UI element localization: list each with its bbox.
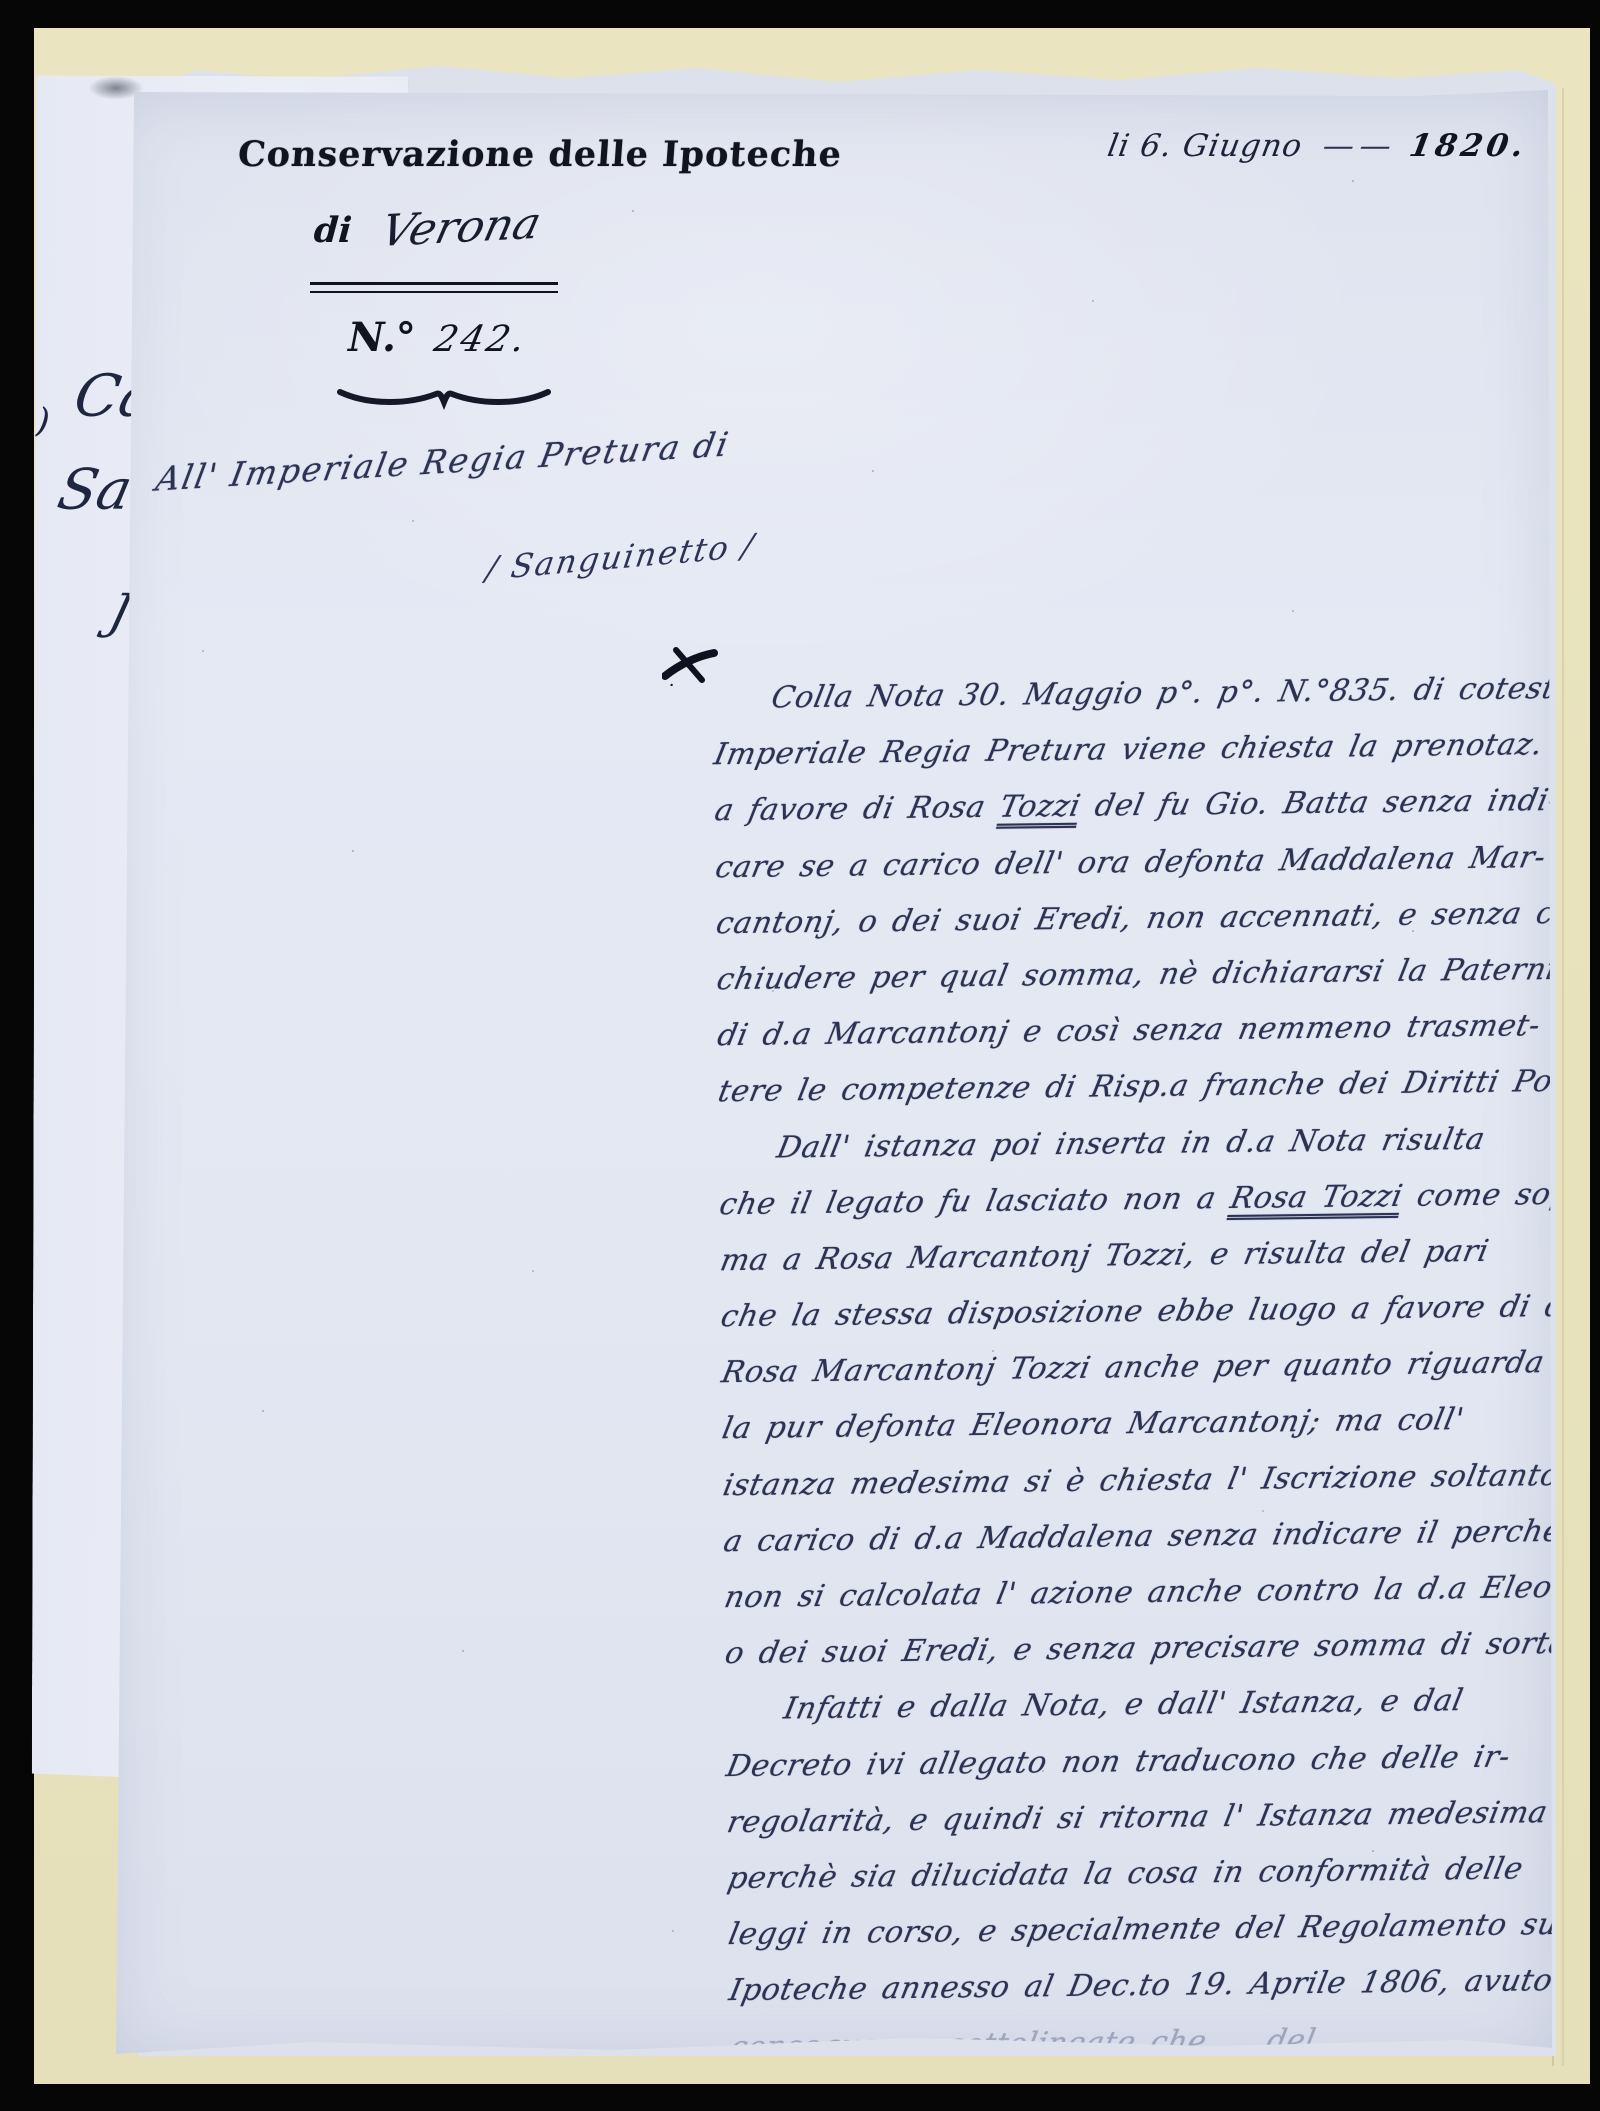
page-stack-edge (1562, 88, 1564, 2066)
body-line: tere le competenze di Risp.a franche dei… (713, 1054, 1584, 1121)
underlined-name: Rosa Tozzi (1227, 1178, 1405, 1215)
body-line: regolarità, e quindi si ritorna l' Istan… (722, 1784, 1593, 1851)
flourish-brace (336, 382, 552, 410)
date-year: 1820. (1407, 128, 1530, 164)
underlined-name: Tozzi (997, 789, 1084, 825)
body-line: Infatti e dalla Nota, e dall' Istanza, e… (720, 1672, 1591, 1739)
office-subheading-prefix: di (313, 210, 354, 251)
body-line: cantonj, o dei suoi Eredi, non accennati… (711, 885, 1582, 952)
body-line: Dall' istanza poi inserta in d.a Nota ri… (714, 1110, 1585, 1177)
body-text: Colla Nota 30. Maggio p°. p°. N.°835. di… (707, 661, 1584, 2076)
body-line: che il legato fu lasciato non a Rosa Toz… (714, 1166, 1585, 1233)
body-line: care se a carico dell' ora defonta Madda… (710, 829, 1581, 896)
date-prefix: li 6. Giugno (1105, 128, 1306, 164)
double-underline (310, 282, 558, 293)
office-heading: Conservazione delle Ipoteche (237, 134, 844, 175)
office-place: Verona (376, 198, 546, 257)
letter-page: Conservazione delle Ipoteche di Verona N… (112, 90, 1552, 2060)
body-line: Decreto ivi allegato non traducono che d… (721, 1728, 1592, 1795)
office-subheading: di Verona (314, 202, 539, 253)
protocol-number-label: N.° (348, 314, 416, 361)
recipient-address-line2: / Sanguinetto / (483, 526, 757, 588)
protocol-number-value: 242. (431, 319, 532, 360)
date-dashes: — — (1320, 128, 1392, 164)
handwriting-fragment: ) (32, 401, 52, 444)
body-line: a favore di Rosa Tozzi del fu Gio. Batta… (710, 773, 1581, 840)
body-line: istanza medesima si è chiesta l' Iscrizi… (718, 1447, 1589, 1514)
body-line: Ipoteche annesso al Dec.to 19. Aprile 18… (724, 1953, 1595, 2020)
protocol-number: N.° 242. (348, 314, 527, 361)
handwriting-fragment: Sa (52, 458, 138, 523)
body-line: la pur defonta Eleonora Marcantonj; ma c… (717, 1391, 1588, 1458)
scanned-document: Ca)SaJ Conservazione delle Ipoteche di V… (0, 0, 1600, 2111)
recipient-address-line1: All' Imperiale Regia Pretura di (153, 424, 733, 499)
date-line: li 6. Giugno — — 1820. (1105, 128, 1530, 164)
